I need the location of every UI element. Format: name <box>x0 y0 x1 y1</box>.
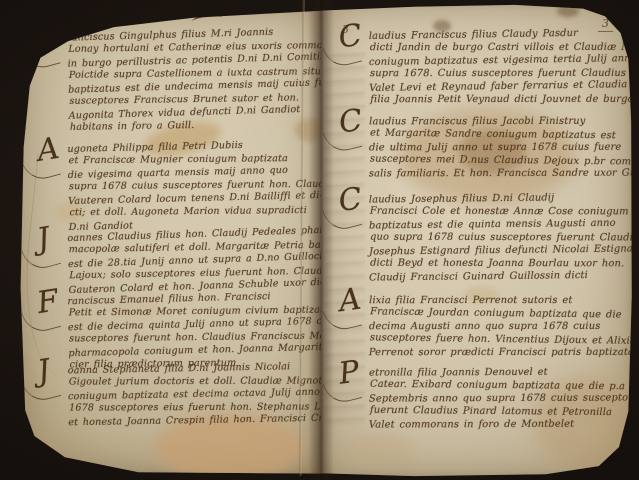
handwritten-line: Valet commorans in foro de Montbelet <box>369 417 631 431</box>
right-page: 3 3 Claudius Franciscus filius Claudy Pa… <box>321 2 633 478</box>
entry-initial-letter: A <box>35 134 61 167</box>
register-entry: Joanna Stephaneta filia D.ni Joannis Nic… <box>68 361 321 429</box>
entry-initial-letter: P <box>337 357 361 389</box>
left-page-entries: Franciscus Gingulphus filius M.ri Joanni… <box>16 6 322 476</box>
photo-backdrop: Franciscus Gingulphus filius M.ri Joanni… <box>0 0 639 480</box>
entry-initial-letter: C <box>337 106 364 139</box>
initial-flourish <box>21 41 61 72</box>
register-entry: Augoneta Philippa filia Petri Dubiiset F… <box>67 138 320 233</box>
right-page-entries: Claudius Franciscus filius Claudy Pasdur… <box>321 2 633 478</box>
register-entry: Claudius Franciscus filius Claudy Pasdur… <box>369 27 632 107</box>
handwritten-line: salis familiaris. Et hon. Francisca Sand… <box>369 167 631 181</box>
register-entry: Claudius Franciscus filius Jacobi Finist… <box>369 114 631 180</box>
entry-initial-letter: F <box>35 286 60 319</box>
entry-initial-letter: C <box>337 184 364 217</box>
entry-initial-letter: A <box>337 285 362 318</box>
register-entry: Franciscus Gingulphus filius M.ri Joanni… <box>67 25 321 134</box>
handwritten-line: Perrenot soror prædicti Francisci patris… <box>369 346 631 359</box>
left-page: Franciscus Gingulphus filius M.ri Joanni… <box>16 6 322 476</box>
handwritten-line: filia Joannis Petit Veynaud dicti Jouvne… <box>370 93 632 106</box>
register-entry: Alixia filia Francisci Perrenot sutoris … <box>369 293 631 360</box>
handwritten-line: habitans in foro a Guill. <box>70 117 322 134</box>
stain <box>89 18 105 29</box>
register-entry: Petronilla filia Joannis Denouvel etCate… <box>369 366 631 432</box>
entry-initial-letter: F <box>35 23 60 56</box>
entry-initial-letter: C <box>337 21 364 54</box>
register-entry: Joannes Claudius filius hon. Claudij Ped… <box>67 225 321 296</box>
register-entry: Claudius Josephus filius D.ni ClaudijFra… <box>369 192 631 284</box>
handwritten-line: Claudij Francisci Guinard Guillossin dic… <box>369 269 631 285</box>
